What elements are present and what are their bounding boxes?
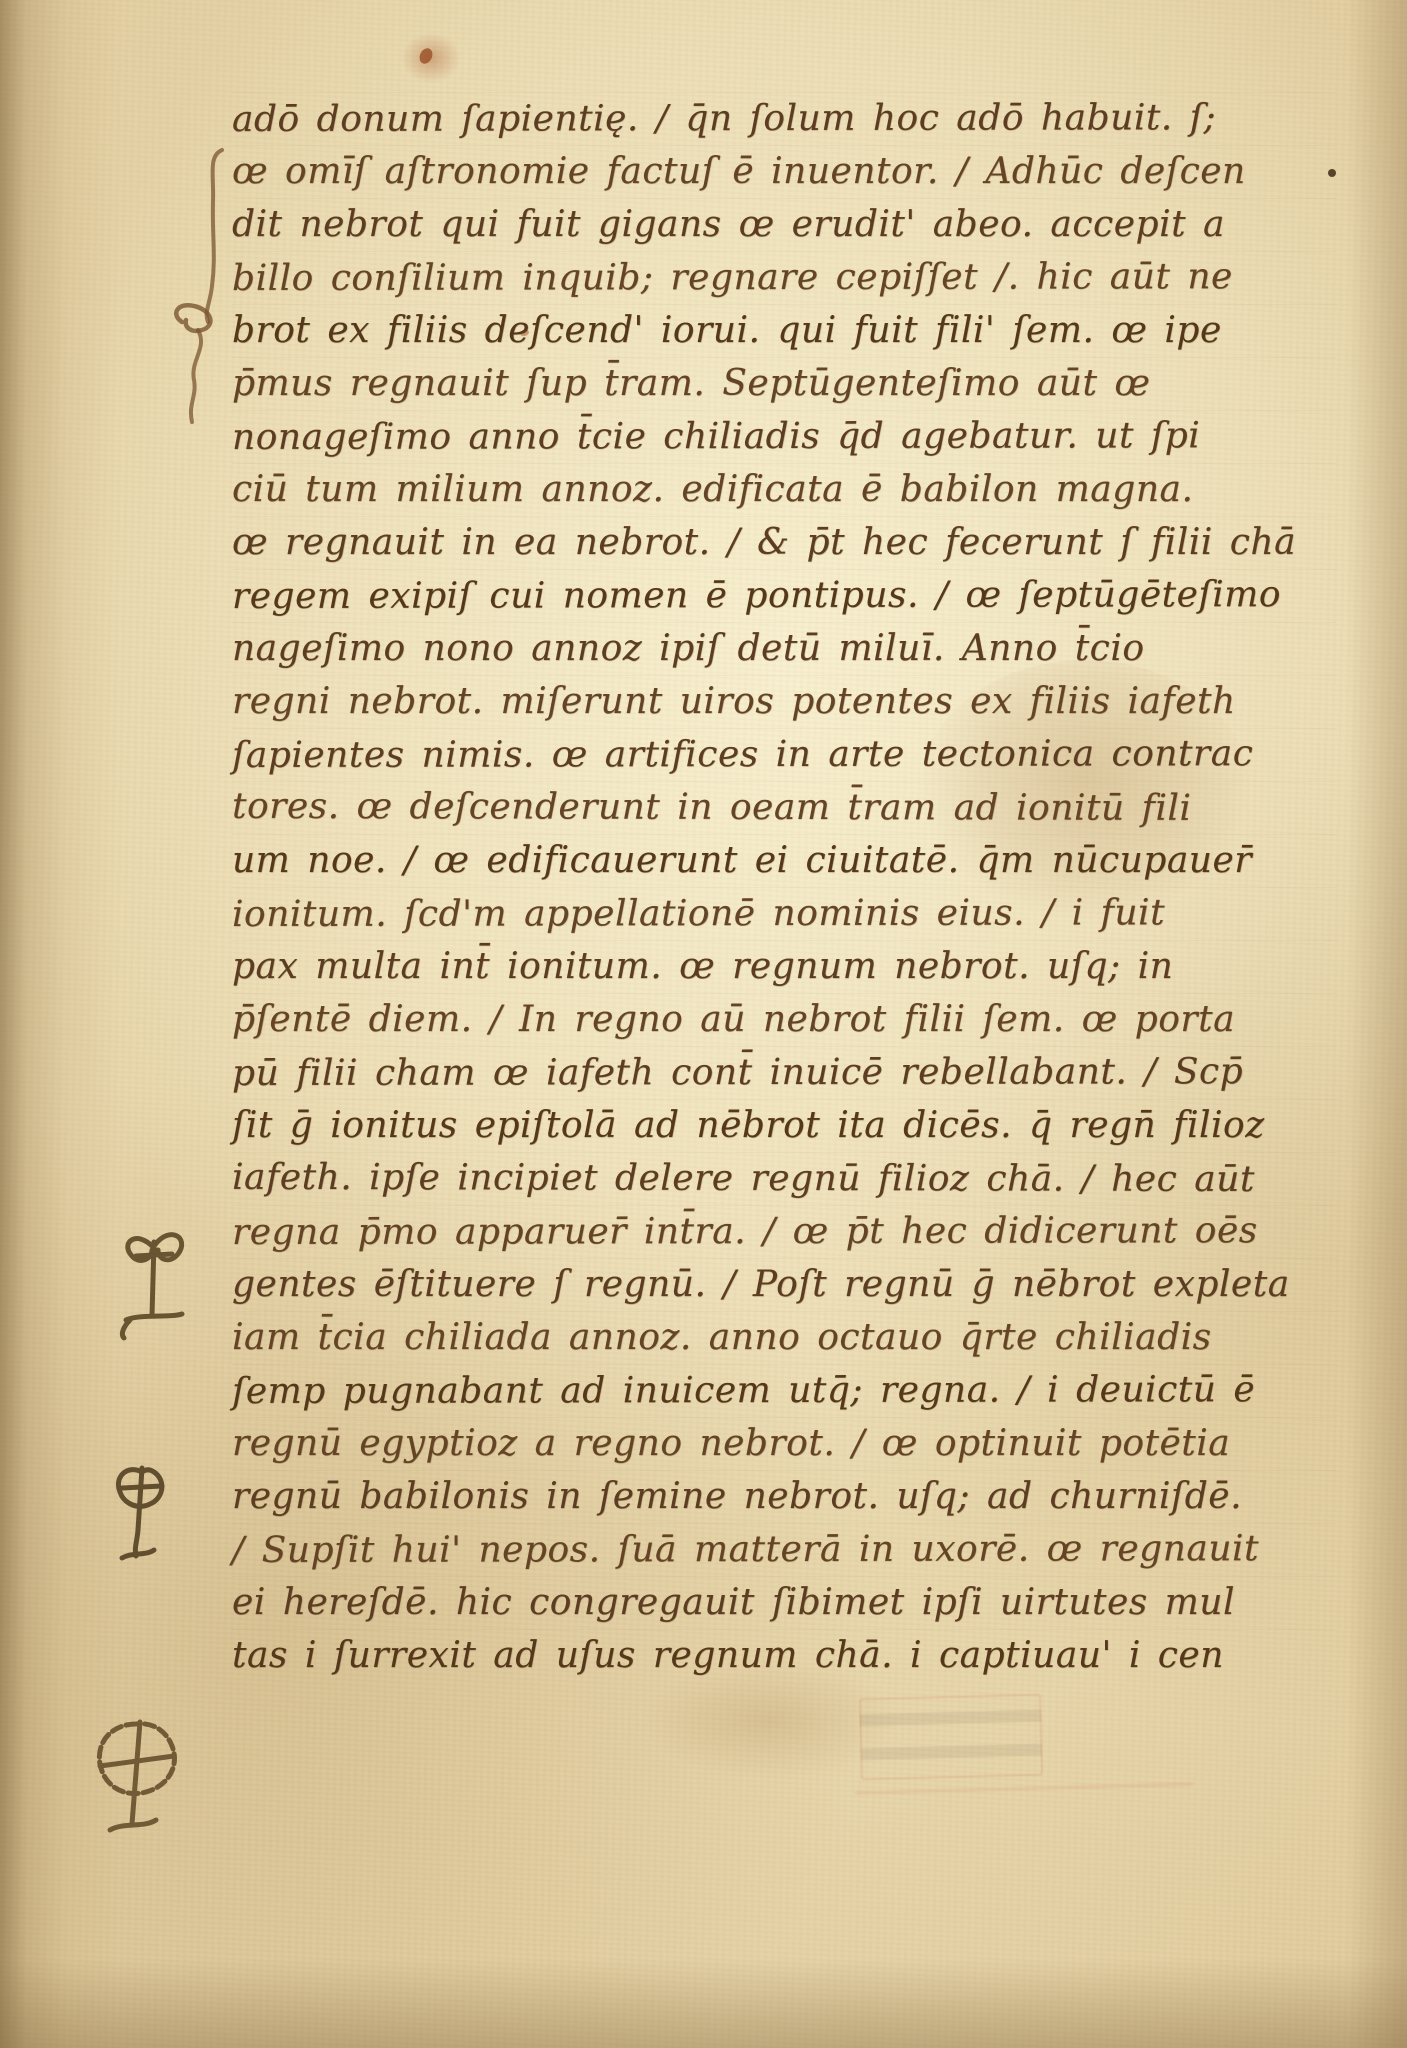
text-line: pax multa int̄ ionitum. œ regnum nebrot.… <box>232 940 1337 993</box>
text-line: billo conſilium inquib; regnare cepiſſet… <box>232 250 1337 305</box>
orb-cross-icon <box>110 1464 176 1580</box>
text-line: dit nebrot qui fuit gigans œ erudit' abe… <box>232 198 1337 251</box>
text-line: ei hereſdē. hic congregauit ſibimet ipſi… <box>232 1576 1337 1629</box>
text-line: gentes ēſtituere ſ regnū. / Poſt regnū ḡ… <box>232 1258 1337 1311</box>
text-line: regnū babilonis in ſemine nebrot. uſq; a… <box>232 1470 1337 1523</box>
cross-monogram-icon <box>112 1222 196 1344</box>
text-line: / Supſit hui' nepos. ſuā matterā in uxor… <box>232 1522 1337 1577</box>
text-line: regni nebrot. miſerunt uiros potentes ex… <box>232 675 1337 728</box>
scribal-paraph-icon <box>168 300 232 430</box>
text-line: ciū tum milium annoz. edificata ē babilo… <box>232 463 1337 516</box>
text-line: ſit ḡ ionitus epiſtolā ad nēbrot ita dic… <box>232 1099 1337 1152</box>
bleedthrough-stamp <box>859 1694 1043 1781</box>
text-line: iafeth. ipſe incipiet delere regnū filio… <box>232 1151 1337 1206</box>
text-line: p̄mus regnauit ſup t̄ram. Septūgenteſimo… <box>232 357 1337 410</box>
text-line: nageſimo nono annoz ipiſ detū miluī. Ann… <box>232 622 1337 675</box>
text-line: iam t̄cia chiliada annoz. anno octauo q̄… <box>232 1311 1337 1364</box>
page-edge-shadow-bottom <box>0 1958 1407 2048</box>
text-line: ionitum. ſcd'm appellationē nominis eius… <box>232 886 1337 941</box>
text-line: regem exipiſ cui nomen ē pontipus. / œ ſ… <box>232 568 1337 623</box>
text-line: regna p̄mo apparuer̄ int̄ra. / œ p̄t hec… <box>232 1204 1337 1259</box>
text-block: adō donum ſapientię. / q̄n ſolum hoc adō… <box>232 92 1337 1682</box>
text-line: nonageſimo anno t̄cie chiliadis q̄d ageb… <box>232 409 1337 464</box>
text-line: p̄ſentē diem. / In regno aū nebrot filii… <box>232 993 1337 1046</box>
text-line: ſemp pugnabant ad inuicem utq̄; regna. /… <box>232 1363 1337 1418</box>
text-line: adō donum ſapientię. / q̄n ſolum hoc adō… <box>232 91 1337 146</box>
text-line: um noe. / œ edificauerunt ei ciuitatē. q… <box>232 834 1337 887</box>
text-line: tores. œ deſcenderunt in oeam t̄ram ad i… <box>232 780 1337 835</box>
scribal-brace-icon <box>198 146 232 326</box>
text-line: ſapientes nimis. œ artifices in arte tec… <box>232 727 1337 782</box>
text-line: œ omīſ aſtronomie factuſ ē inuentor. / A… <box>232 145 1337 198</box>
text-line: œ regnauit in ea nebrot. / & p̄t hec fec… <box>232 516 1337 569</box>
manuscript-page: adō donum ſapientię. / q̄n ſolum hoc adō… <box>0 0 1407 2048</box>
page-edge-shadow-right <box>1347 0 1407 2048</box>
bleedthrough-underline <box>855 1783 1193 1795</box>
circle-cross-icon <box>88 1716 188 1848</box>
text-line: regnū egyptioz a regno nebrot. / œ optin… <box>232 1417 1337 1470</box>
ink-fleck <box>417 46 435 66</box>
text-line: pū filii cham œ iafeth cont̄ inuicē rebe… <box>232 1045 1337 1100</box>
text-line: brot ex filiis deſcend' iorui. qui fuit … <box>232 304 1337 357</box>
text-line: tas i ſurrexit ad uſus regnum chā. i cap… <box>232 1629 1337 1682</box>
